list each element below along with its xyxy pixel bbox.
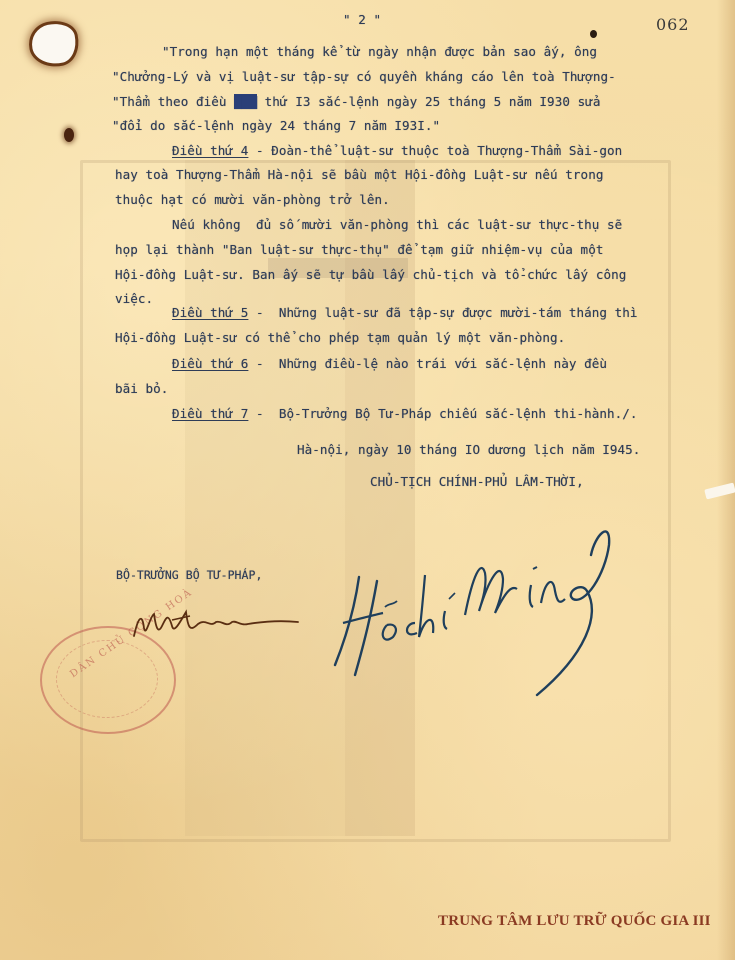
article-4-sub-2: họp lại thành "Ban luật-sư thực-thụ" để … (115, 242, 603, 257)
minister-title: BỘ-TRƯỞNG BỘ TƯ-PHÁP, (116, 568, 262, 582)
opening-line-3b: thứ I3 sắc-lệnh ngày 25 tháng 5 năm I930… (265, 94, 601, 109)
article-4-sub-1: Nếu không đủ số mười văn-phòng thì các l… (172, 217, 622, 232)
opening-line-3a: "Thẩm theo điều (112, 94, 226, 109)
article-6-line-1: Điều thứ 6 - Những điều-lệ nào trái với … (172, 356, 607, 371)
president-title: CHỦ-TỊCH CHÍNH-PHỦ LÂM-THỜI, (370, 474, 584, 489)
article-6-text: Những điều-lệ nào trái với sắc-lệnh này … (279, 356, 607, 371)
dash: - (248, 143, 271, 158)
minister-signature (128, 598, 308, 648)
article-6-label: Điều thứ 6 (172, 356, 248, 371)
article-7-text: Bộ-Trưởng Bộ Tư-Pháp chiếu sắc-lệnh thi-… (279, 406, 638, 421)
page-marker: " 2 " (343, 12, 381, 27)
president-signature (325, 515, 625, 705)
article-4-line-1: Điều thứ 4 - Đoàn-thể luật-sư thuộc toà … (172, 143, 622, 158)
article-5-label: Điều thứ 5 (172, 305, 248, 320)
archive-number: 062 (656, 15, 690, 34)
article-5-text: Những luật-sư đã tập-sự được mười-tám th… (279, 305, 638, 320)
article-7-line-1: Điều thứ 7 - Bộ-Trưởng Bộ Tư-Pháp chiếu … (172, 406, 638, 421)
opening-line-2: "Chưởng-Lý và vị luật-sư tập-sự có quyền… (112, 69, 616, 84)
dash: - (248, 356, 279, 371)
redacted-word: ▇▇▇ (234, 94, 257, 109)
article-4-line-3: thuộc hạt có mười văn-phòng trở lên. (115, 192, 390, 207)
article-5-line-1: Điều thứ 5 - Những luật-sư đã tập-sự đượ… (172, 305, 638, 320)
article-4-text: Đoàn-thể luật-sư thuộc toà Thượng-Thẩm S… (271, 143, 622, 158)
archive-footer-label: TRUNG TÂM LƯU TRỮ QUỐC GIA III (438, 913, 711, 930)
paper-edge-shadow (717, 0, 735, 960)
opening-line-3: "Thẩm theo điều ▇▇▇ thứ I3 sắc-lệnh ngày… (112, 94, 600, 109)
date-line: Hà-nội, ngày 10 tháng IO dương lịch năm … (297, 442, 640, 457)
article-6-line-2: bãi bỏ. (115, 381, 168, 396)
ink-spot (590, 30, 597, 38)
article-4-line-2: hay toà Thượng-Thẩm Hà-nội sẽ bầu một Hộ… (115, 167, 603, 182)
article-4-sub-4: việc. (115, 291, 153, 306)
article-5-line-2: Hội-đồng Luật-sư có thể cho phép tạm quả… (115, 330, 565, 345)
article-4-label: Điều thứ 4 (172, 143, 248, 158)
article-7-label: Điều thứ 7 (172, 406, 248, 421)
article-4-sub-3: Hội-đồng Luật-sư. Ban ấy sẽ tự bầu lấy c… (115, 267, 626, 282)
dash: - (248, 406, 279, 421)
opening-line-4: "đổi do sắc-lệnh ngày 24 tháng 7 năm I93… (112, 118, 440, 133)
burn-spot-damage (64, 128, 74, 142)
dash: - (248, 305, 279, 320)
opening-line-1: "Trong hạn một tháng kể từ ngày nhận đượ… (162, 44, 597, 59)
